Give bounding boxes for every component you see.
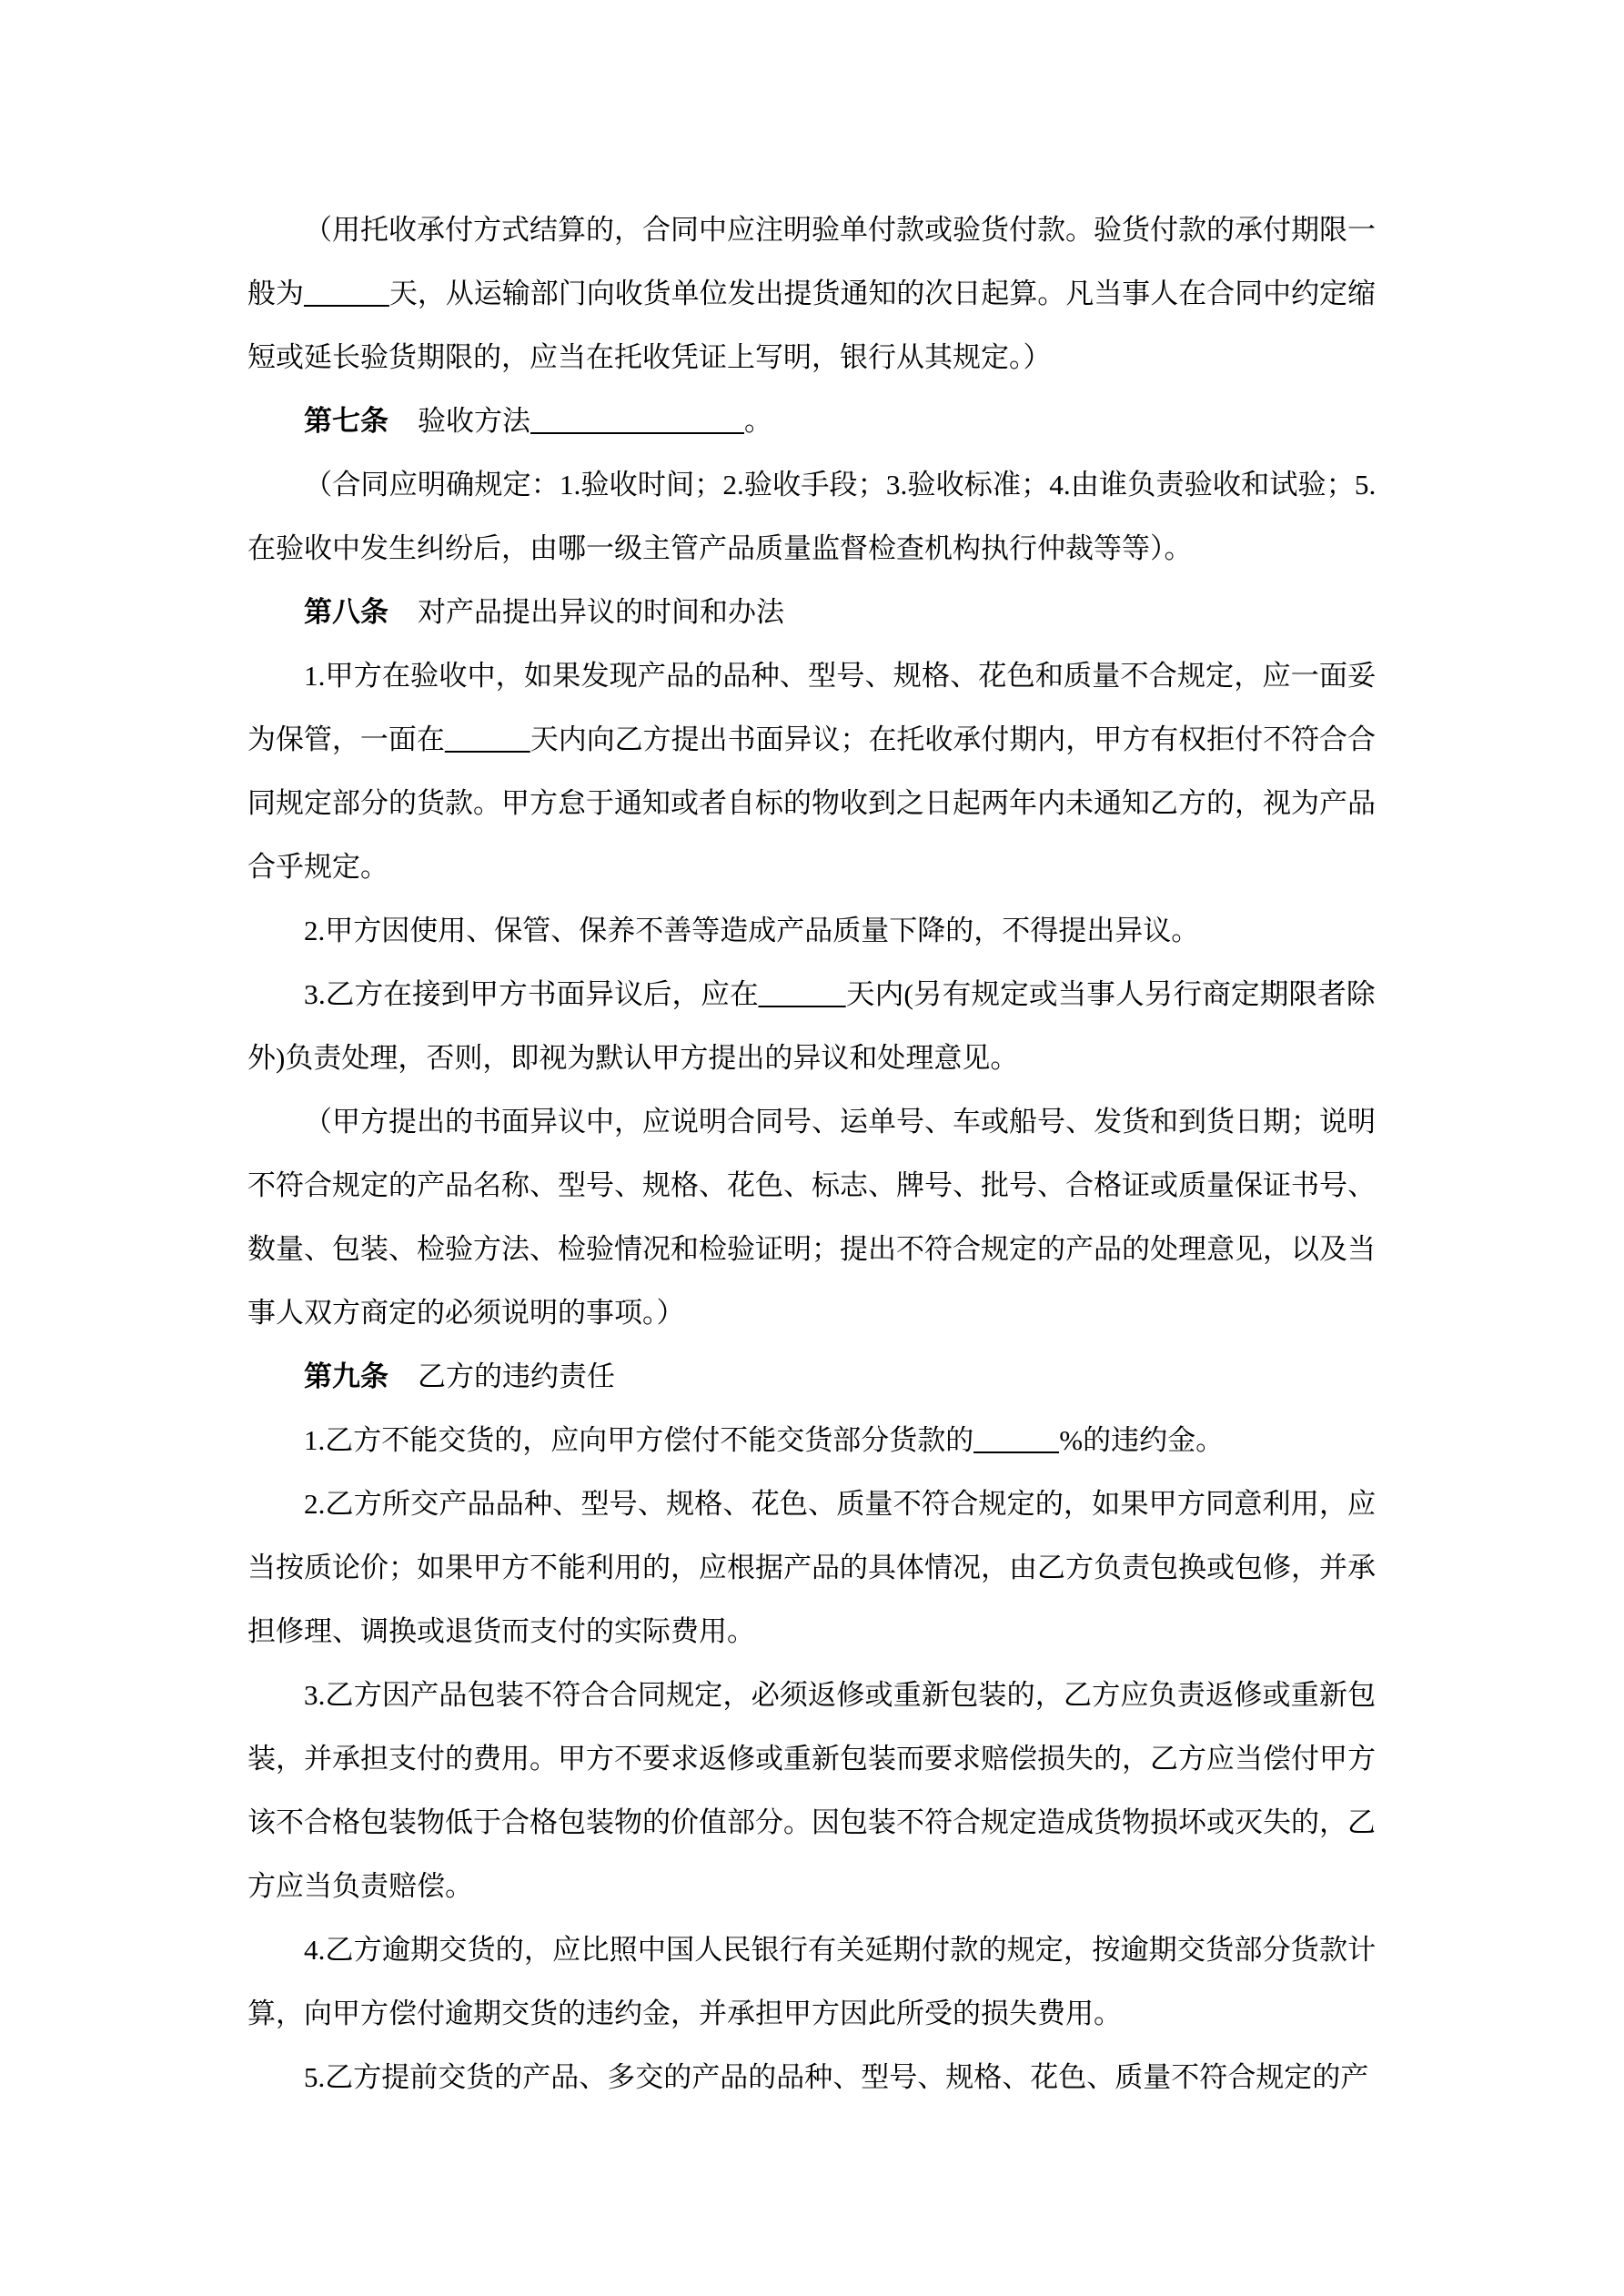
paragraph-article-9-item-5: 5.乙方提前交货的产品、多交的产品的品种、型号、规格、花色、质量不符合规定的产 bbox=[247, 2046, 1376, 2109]
text-segment: 为保管，一面在 bbox=[247, 708, 445, 772]
text-segment: 天，从运输部门向收货单位发出提货通知的次日起算。凡当事人在合同中约定缩 bbox=[389, 262, 1376, 326]
line-content: 在验收中发生纠纷后，由哪一级主管产品质量监督检查机构执行仲裁等等）。 bbox=[247, 517, 1193, 581]
line-content: 3.乙方因产品包装不符合合同规定，必须返修或重新包装的，乙方应负责返修或重新包 bbox=[304, 1664, 1376, 1727]
text-line: 1.甲方在验收中，如果发现产品的品种、型号、规格、花色和质量不合规定，应一面妥 bbox=[247, 644, 1376, 708]
text-segment: 同规定部分的货款。甲方怠于通知或者自标的物收到之日起两年内未通知乙方的，视为产品 bbox=[247, 772, 1376, 835]
text-segment: 装，并承担支付的费用。甲方不要求返修或重新包装而要求赔偿损失的，乙方应当偿付甲方 bbox=[247, 1727, 1376, 1791]
line-content: 算，向甲方偿付逾期交货的违约金，并承担甲方因此所受的损失费用。 bbox=[247, 1982, 1122, 2046]
line-content: 1.乙方不能交货的，应向甲方偿付不能交货部分货款的%的违约金。 bbox=[304, 1409, 1224, 1472]
paragraph-article-9: 第九条乙方的违约责任 bbox=[247, 1345, 1376, 1409]
line-content: 为保管，一面在天内向乙方提出书面异议；在托收承付期内，甲方有权拒付不符合合 bbox=[247, 708, 1376, 772]
paragraph-article-8-item-2: 2.甲方因使用、保管、保养不善等造成产品质量下降的，不得提出异议。 bbox=[247, 899, 1376, 963]
line-content: 不符合规定的产品名称、型号、规格、花色、标志、牌号、批号、合格证或质量保证书号、 bbox=[247, 1154, 1376, 1218]
line-content: 第七条验收方法。 bbox=[304, 389, 772, 453]
fill-in-blank bbox=[304, 279, 389, 307]
text-line: 装，并承担支付的费用。甲方不要求返修或重新包装而要求赔偿损失的，乙方应当偿付甲方 bbox=[247, 1727, 1376, 1791]
fill-in-blank bbox=[530, 407, 744, 434]
text-segment: 合乎规定。 bbox=[247, 835, 388, 899]
text-segment: 事人双方商定的必须说明的事项。） bbox=[247, 1281, 685, 1345]
text-line: 方应当负责赔偿。 bbox=[247, 1855, 1376, 1918]
text-segment: 不符合规定的产品名称、型号、规格、花色、标志、牌号、批号、合格证或质量保证书号、 bbox=[247, 1154, 1376, 1218]
contract-text-block: （用托收承付方式结算的，合同中应注明验单付款或验货付款。验货付款的承付期限一般为… bbox=[247, 198, 1376, 2109]
fill-in-blank bbox=[445, 725, 530, 753]
line-content: 2.甲方因使用、保管、保养不善等造成产品质量下降的，不得提出异议。 bbox=[304, 899, 1199, 963]
text-segment: 3.乙方在接到甲方书面异议后，应在 bbox=[304, 963, 759, 1027]
fill-in-blank bbox=[973, 1426, 1059, 1453]
line-content: 2.乙方所交产品品种、型号、规格、花色、质量不符合规定的，如果甲方同意利用，应 bbox=[304, 1472, 1376, 1536]
paragraph-article-8: 第八条对产品提出异议的时间和办法 bbox=[247, 581, 1376, 644]
text-segment: 乙方的违约责任 bbox=[418, 1345, 615, 1409]
text-segment: 天内向乙方提出书面异议；在托收承付期内，甲方有权拒付不符合合 bbox=[530, 708, 1376, 772]
text-segment: 验收方法 bbox=[418, 389, 530, 453]
text-line: 3.乙方在接到甲方书面异议后，应在天内(另有规定或当事人另行商定期限者除 bbox=[247, 963, 1376, 1027]
paragraph-article-8-item-1: 1.甲方在验收中，如果发现产品的品种、型号、规格、花色和质量不合规定，应一面妥为… bbox=[247, 644, 1376, 899]
text-segment: 在验收中发生纠纷后，由哪一级主管产品质量监督检查机构执行仲裁等等）。 bbox=[247, 517, 1193, 581]
text-segment: 数量、包装、检验方法、检验情况和检验证明；提出不符合规定的产品的处理意见，以及当 bbox=[247, 1218, 1376, 1281]
text-line: （用托收承付方式结算的，合同中应注明验单付款或验货付款。验货付款的承付期限一 bbox=[247, 198, 1376, 262]
text-line: 第七条验收方法。 bbox=[247, 389, 1376, 453]
text-segment: 4.乙方逾期交货的，应比照中国人民银行有关延期付款的规定，按逾期交货部分货款计 bbox=[304, 1918, 1376, 1982]
line-content: 1.甲方在验收中，如果发现产品的品种、型号、规格、花色和质量不合规定，应一面妥 bbox=[304, 644, 1376, 708]
text-line: 数量、包装、检验方法、检验情况和检验证明；提出不符合规定的产品的处理意见，以及当 bbox=[247, 1218, 1376, 1281]
text-segment: 5.乙方提前交货的产品、多交的产品的品种、型号、规格、花色、质量不符合规定的产 bbox=[304, 2046, 1368, 2109]
paragraph-article-8-item-3: 3.乙方在接到甲方书面异议后，应在天内(另有规定或当事人另行商定期限者除外)负责… bbox=[247, 963, 1376, 1090]
article-heading: 第八条 bbox=[304, 581, 388, 644]
line-content: （甲方提出的书面异议中，应说明合同号、运单号、车或船号、发货和到货日期；说明 bbox=[304, 1090, 1376, 1154]
text-line: 当按质论价；如果甲方不能利用的，应根据产品的具体情况，由乙方负责包换或包修，并承 bbox=[247, 1536, 1376, 1600]
text-segment: 1.乙方不能交货的，应向甲方偿付不能交货部分货款的 bbox=[304, 1409, 973, 1472]
line-content: 短或延长验货期限的，应当在托收凭证上写明，银行从其规定。） bbox=[247, 326, 1052, 389]
article-heading: 第九条 bbox=[304, 1345, 388, 1409]
line-content: 4.乙方逾期交货的，应比照中国人民银行有关延期付款的规定，按逾期交货部分货款计 bbox=[304, 1918, 1376, 1982]
text-line: 第九条乙方的违约责任 bbox=[247, 1345, 1376, 1409]
line-content: 同规定部分的货款。甲方怠于通知或者自标的物收到之日起两年内未通知乙方的，视为产品 bbox=[247, 772, 1376, 835]
text-line: 2.乙方所交产品品种、型号、规格、花色、质量不符合规定的，如果甲方同意利用，应 bbox=[247, 1472, 1376, 1536]
text-segment: 担修理、调换或退货而支付的实际费用。 bbox=[247, 1600, 755, 1664]
paragraph-article-9-item-2: 2.乙方所交产品品种、型号、规格、花色、质量不符合规定的，如果甲方同意利用，应当… bbox=[247, 1472, 1376, 1664]
text-line: 合乎规定。 bbox=[247, 835, 1376, 899]
paragraph-article-7: 第七条验收方法。 bbox=[247, 389, 1376, 453]
text-line: 事人双方商定的必须说明的事项。） bbox=[247, 1281, 1376, 1345]
text-line: 第八条对产品提出异议的时间和办法 bbox=[247, 581, 1376, 644]
line-content: 装，并承担支付的费用。甲方不要求返修或重新包装而要求赔偿损失的，乙方应当偿付甲方 bbox=[247, 1727, 1376, 1791]
text-segment: （合同应明确规定：1.验收时间；2.验收手段；3.验收标准；4.由谁负责验收和试… bbox=[304, 453, 1376, 517]
text-segment: 2.乙方所交产品品种、型号、规格、花色、质量不符合规定的，如果甲方同意利用，应 bbox=[304, 1472, 1376, 1536]
line-content: 合乎规定。 bbox=[247, 835, 388, 899]
line-content: （合同应明确规定：1.验收时间；2.验收手段；3.验收标准；4.由谁负责验收和试… bbox=[304, 453, 1376, 517]
text-segment: 2.甲方因使用、保管、保养不善等造成产品质量下降的，不得提出异议。 bbox=[304, 899, 1199, 963]
paragraph-article-9-item-4: 4.乙方逾期交货的，应比照中国人民银行有关延期付款的规定，按逾期交货部分货款计算… bbox=[247, 1918, 1376, 2046]
paragraph-article-8-note: （甲方提出的书面异议中，应说明合同号、运单号、车或船号、发货和到货日期；说明不符… bbox=[247, 1090, 1376, 1345]
line-content: 般为天，从运输部门向收货单位发出提货通知的次日起算。凡当事人在合同中约定缩 bbox=[247, 262, 1376, 326]
text-segment: （用托收承付方式结算的，合同中应注明验单付款或验货付款。验货付款的承付期限一 bbox=[304, 198, 1376, 262]
text-line: 为保管，一面在天内向乙方提出书面异议；在托收承付期内，甲方有权拒付不符合合 bbox=[247, 708, 1376, 772]
text-line: 外)负责处理，否则，即视为默认甲方提出的异议和处理意见。 bbox=[247, 1027, 1376, 1090]
text-segment: 。 bbox=[744, 389, 772, 453]
paragraph-article-9-item-1: 1.乙方不能交货的，应向甲方偿付不能交货部分货款的%的违约金。 bbox=[247, 1409, 1376, 1472]
text-segment: 3.乙方因产品包装不符合合同规定，必须返修或重新包装的，乙方应负责返修或重新包 bbox=[304, 1664, 1376, 1727]
text-line: （合同应明确规定：1.验收时间；2.验收手段；3.验收标准；4.由谁负责验收和试… bbox=[247, 453, 1376, 517]
text-segment: 般为 bbox=[247, 262, 304, 326]
text-line: 同规定部分的货款。甲方怠于通知或者自标的物收到之日起两年内未通知乙方的，视为产品 bbox=[247, 772, 1376, 835]
text-segment: 天内(另有规定或当事人另行商定期限者除 bbox=[846, 963, 1376, 1027]
line-content: 第九条乙方的违约责任 bbox=[304, 1345, 615, 1409]
line-content: 方应当负责赔偿。 bbox=[247, 1855, 473, 1918]
text-line: 1.乙方不能交货的，应向甲方偿付不能交货部分货款的%的违约金。 bbox=[247, 1409, 1376, 1472]
text-line: 4.乙方逾期交货的，应比照中国人民银行有关延期付款的规定，按逾期交货部分货款计 bbox=[247, 1918, 1376, 1982]
text-segment: 短或延长验货期限的，应当在托收凭证上写明，银行从其规定。） bbox=[247, 326, 1052, 389]
text-line: 短或延长验货期限的，应当在托收凭证上写明，银行从其规定。） bbox=[247, 326, 1376, 389]
article-heading: 第七条 bbox=[304, 389, 388, 453]
text-segment: 算，向甲方偿付逾期交货的违约金，并承担甲方因此所受的损失费用。 bbox=[247, 1982, 1122, 2046]
line-content: 3.乙方在接到甲方书面异议后，应在天内(另有规定或当事人另行商定期限者除 bbox=[304, 963, 1376, 1027]
line-content: 当按质论价；如果甲方不能利用的，应根据产品的具体情况，由乙方负责包换或包修，并承 bbox=[247, 1536, 1376, 1600]
line-content: 第八条对产品提出异议的时间和办法 bbox=[304, 581, 784, 644]
text-line: 在验收中发生纠纷后，由哪一级主管产品质量监督检查机构执行仲裁等等）。 bbox=[247, 517, 1376, 581]
line-content: 事人双方商定的必须说明的事项。） bbox=[247, 1281, 685, 1345]
text-line: 算，向甲方偿付逾期交货的违约金，并承担甲方因此所受的损失费用。 bbox=[247, 1982, 1376, 2046]
text-line: 不符合规定的产品名称、型号、规格、花色、标志、牌号、批号、合格证或质量保证书号、 bbox=[247, 1154, 1376, 1218]
line-content: 数量、包装、检验方法、检验情况和检验证明；提出不符合规定的产品的处理意见，以及当 bbox=[247, 1218, 1376, 1281]
text-line: 2.甲方因使用、保管、保养不善等造成产品质量下降的，不得提出异议。 bbox=[247, 899, 1376, 963]
text-segment: 当按质论价；如果甲方不能利用的，应根据产品的具体情况，由乙方负责包换或包修，并承 bbox=[247, 1536, 1376, 1600]
text-segment: 外)负责处理，否则，即视为默认甲方提出的异议和处理意见。 bbox=[247, 1027, 1018, 1090]
document-page: （用托收承付方式结算的，合同中应注明验单付款或验货付款。验货付款的承付期限一般为… bbox=[0, 0, 1624, 2296]
line-content: 5.乙方提前交货的产品、多交的产品的品种、型号、规格、花色、质量不符合规定的产 bbox=[304, 2046, 1368, 2109]
text-segment: 1.甲方在验收中，如果发现产品的品种、型号、规格、花色和质量不合规定，应一面妥 bbox=[304, 644, 1376, 708]
text-line: 担修理、调换或退货而支付的实际费用。 bbox=[247, 1600, 1376, 1664]
line-content: 该不合格包装物低于合格包装物的价值部分。因包装不符合规定造成货物损坏或灭失的，乙 bbox=[247, 1791, 1376, 1855]
text-segment: 该不合格包装物低于合格包装物的价值部分。因包装不符合规定造成货物损坏或灭失的，乙 bbox=[247, 1791, 1376, 1855]
text-segment: （甲方提出的书面异议中，应说明合同号、运单号、车或船号、发货和到货日期；说明 bbox=[304, 1090, 1376, 1154]
line-content: 担修理、调换或退货而支付的实际费用。 bbox=[247, 1600, 755, 1664]
text-line: （甲方提出的书面异议中，应说明合同号、运单号、车或船号、发货和到货日期；说明 bbox=[247, 1090, 1376, 1154]
line-content: （用托收承付方式结算的，合同中应注明验单付款或验货付款。验货付款的承付期限一 bbox=[304, 198, 1376, 262]
text-line: 5.乙方提前交货的产品、多交的产品的品种、型号、规格、花色、质量不符合规定的产 bbox=[247, 2046, 1376, 2109]
paragraph-article-9-item-3: 3.乙方因产品包装不符合合同规定，必须返修或重新包装的，乙方应负责返修或重新包装… bbox=[247, 1664, 1376, 1918]
text-line: 3.乙方因产品包装不符合合同规定，必须返修或重新包装的，乙方应负责返修或重新包 bbox=[247, 1664, 1376, 1727]
text-line: 般为天，从运输部门向收货单位发出提货通知的次日起算。凡当事人在合同中约定缩 bbox=[247, 262, 1376, 326]
text-line: 该不合格包装物低于合格包装物的价值部分。因包装不符合规定造成货物损坏或灭失的，乙 bbox=[247, 1791, 1376, 1855]
fill-in-blank bbox=[759, 980, 846, 1007]
paragraph-acceptance-payment-note: （用托收承付方式结算的，合同中应注明验单付款或验货付款。验货付款的承付期限一般为… bbox=[247, 198, 1376, 389]
paragraph-article-7-note: （合同应明确规定：1.验收时间；2.验收手段；3.验收标准；4.由谁负责验收和试… bbox=[247, 453, 1376, 581]
text-segment: %的违约金。 bbox=[1059, 1409, 1224, 1472]
text-segment: 方应当负责赔偿。 bbox=[247, 1855, 473, 1918]
text-segment: 对产品提出异议的时间和办法 bbox=[418, 581, 784, 644]
line-content: 外)负责处理，否则，即视为默认甲方提出的异议和处理意见。 bbox=[247, 1027, 1018, 1090]
